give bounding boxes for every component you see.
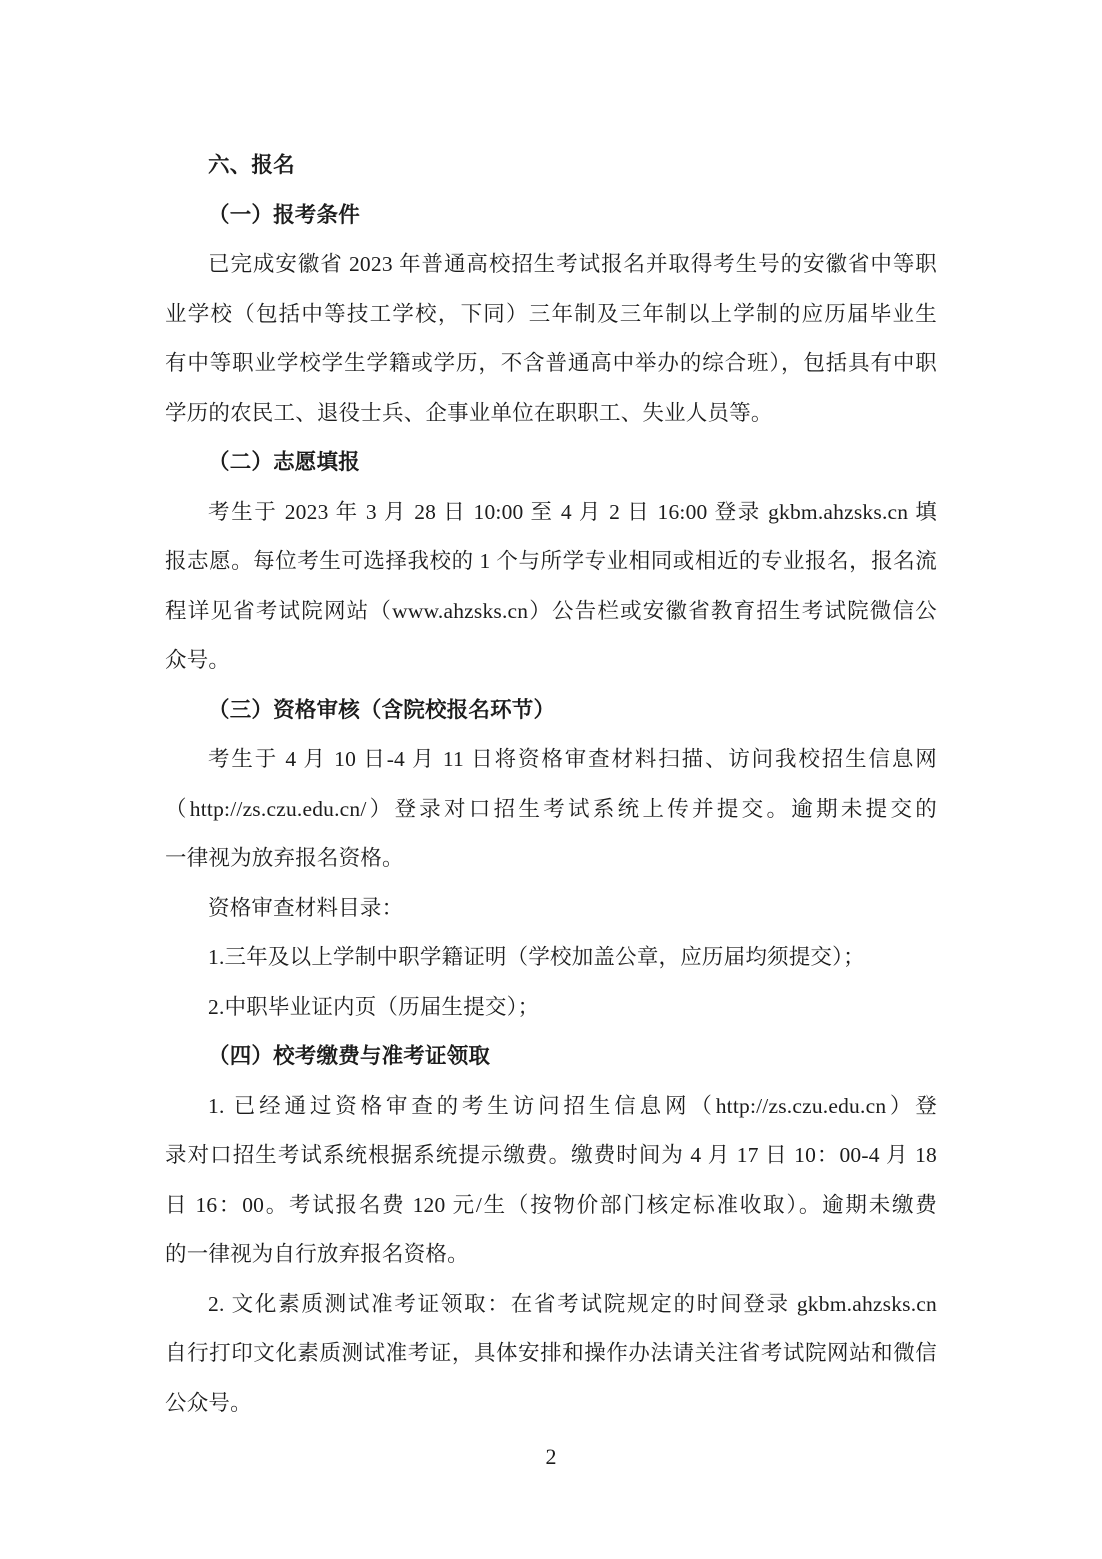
heading-exam-payment: （四）校考缴费与准考证领取 (165, 1032, 937, 1082)
heading-volunteer-filling: （二）志愿填报 (165, 438, 937, 488)
document-body: 六、报名 （一）报考条件 已完成安徽省 2023 年普通高校招生考试报名并取得考… (165, 141, 937, 1428)
para-payment-line-2: 录对口招生考试系统根据系统提示缴费。缴费时间为 4 月 17 日 10：00-4… (165, 1131, 937, 1181)
para-qualification-review-line-2: （http://zs.czu.edu.cn/）登录对口招生考试系统上传并提交。逾… (165, 785, 937, 835)
heading-qualification-review: （三）资格审核（含院校报名环节） (165, 686, 937, 736)
document-page: 六、报名 （一）报考条件 已完成安徽省 2023 年普通高校招生考试报名并取得考… (0, 0, 1102, 1559)
para-qualification-review-line-3: 一律视为放弃报名资格。 (165, 834, 937, 884)
para-admission-ticket-line-3: 公众号。 (165, 1379, 937, 1429)
para-payment-line-4: 的一律视为自行放弃报名资格。 (165, 1230, 937, 1280)
para-payment-line-3: 日 16：00。考试报名费 120 元/生（按物价部门核定标准收取）。逾期未缴费 (165, 1181, 937, 1231)
para-volunteer-filling-line-3: 程详见省考试院网站（www.ahzsks.cn）公告栏或安徽省教育招生考试院微信… (165, 587, 937, 637)
para-volunteer-filling-line-1: 考生于 2023 年 3 月 28 日 10:00 至 4 月 2 日 16:0… (165, 488, 937, 538)
para-admission-ticket-line-2: 自行打印文化素质测试准考证，具体安排和操作办法请关注省考试院网站和微信 (165, 1329, 937, 1379)
para-application-conditions-line-3: 有中等职业学校学生学籍或学历，不含普通高中举办的综合班），包括具有中职 (165, 339, 937, 389)
list-item-enrollment-certificate: 1.三年及以上学制中职学籍证明（学校加盖公章，应历届均须提交）； (165, 933, 937, 983)
heading-application-conditions: （一）报考条件 (165, 191, 937, 241)
para-payment-line-1: 1. 已经通过资格审查的考生访问招生信息网（http://zs.czu.edu.… (165, 1082, 937, 1132)
para-application-conditions-line-4: 学历的农民工、退役士兵、企事业单位在职职工、失业人员等。 (165, 389, 937, 439)
para-application-conditions-line-2: 业学校（包括中等技工学校，下同）三年制及三年制以上学制的应历届毕业生（具 (165, 290, 937, 340)
para-materials-catalog-title: 资格审查材料目录： (165, 884, 937, 934)
heading-section-six: 六、报名 (165, 141, 937, 191)
para-qualification-review-line-1: 考生于 4 月 10 日-4 月 11 日将资格审查材料扫描、访问我校招生信息网 (165, 735, 937, 785)
para-volunteer-filling-line-4: 众号。 (165, 636, 937, 686)
list-item-diploma-inner-page: 2.中职毕业证内页（历届生提交）； (165, 983, 937, 1033)
page-number: 2 (0, 1444, 1102, 1470)
para-application-conditions-line-1: 已完成安徽省 2023 年普通高校招生考试报名并取得考生号的安徽省中等职 (165, 240, 937, 290)
para-admission-ticket-line-1: 2. 文化素质测试准考证领取：在省考试院规定的时间登录 gkbm.ahzsks.… (165, 1280, 937, 1330)
para-volunteer-filling-line-2: 报志愿。每位考生可选择我校的 1 个与所学专业相同或相近的专业报名，报名流 (165, 537, 937, 587)
